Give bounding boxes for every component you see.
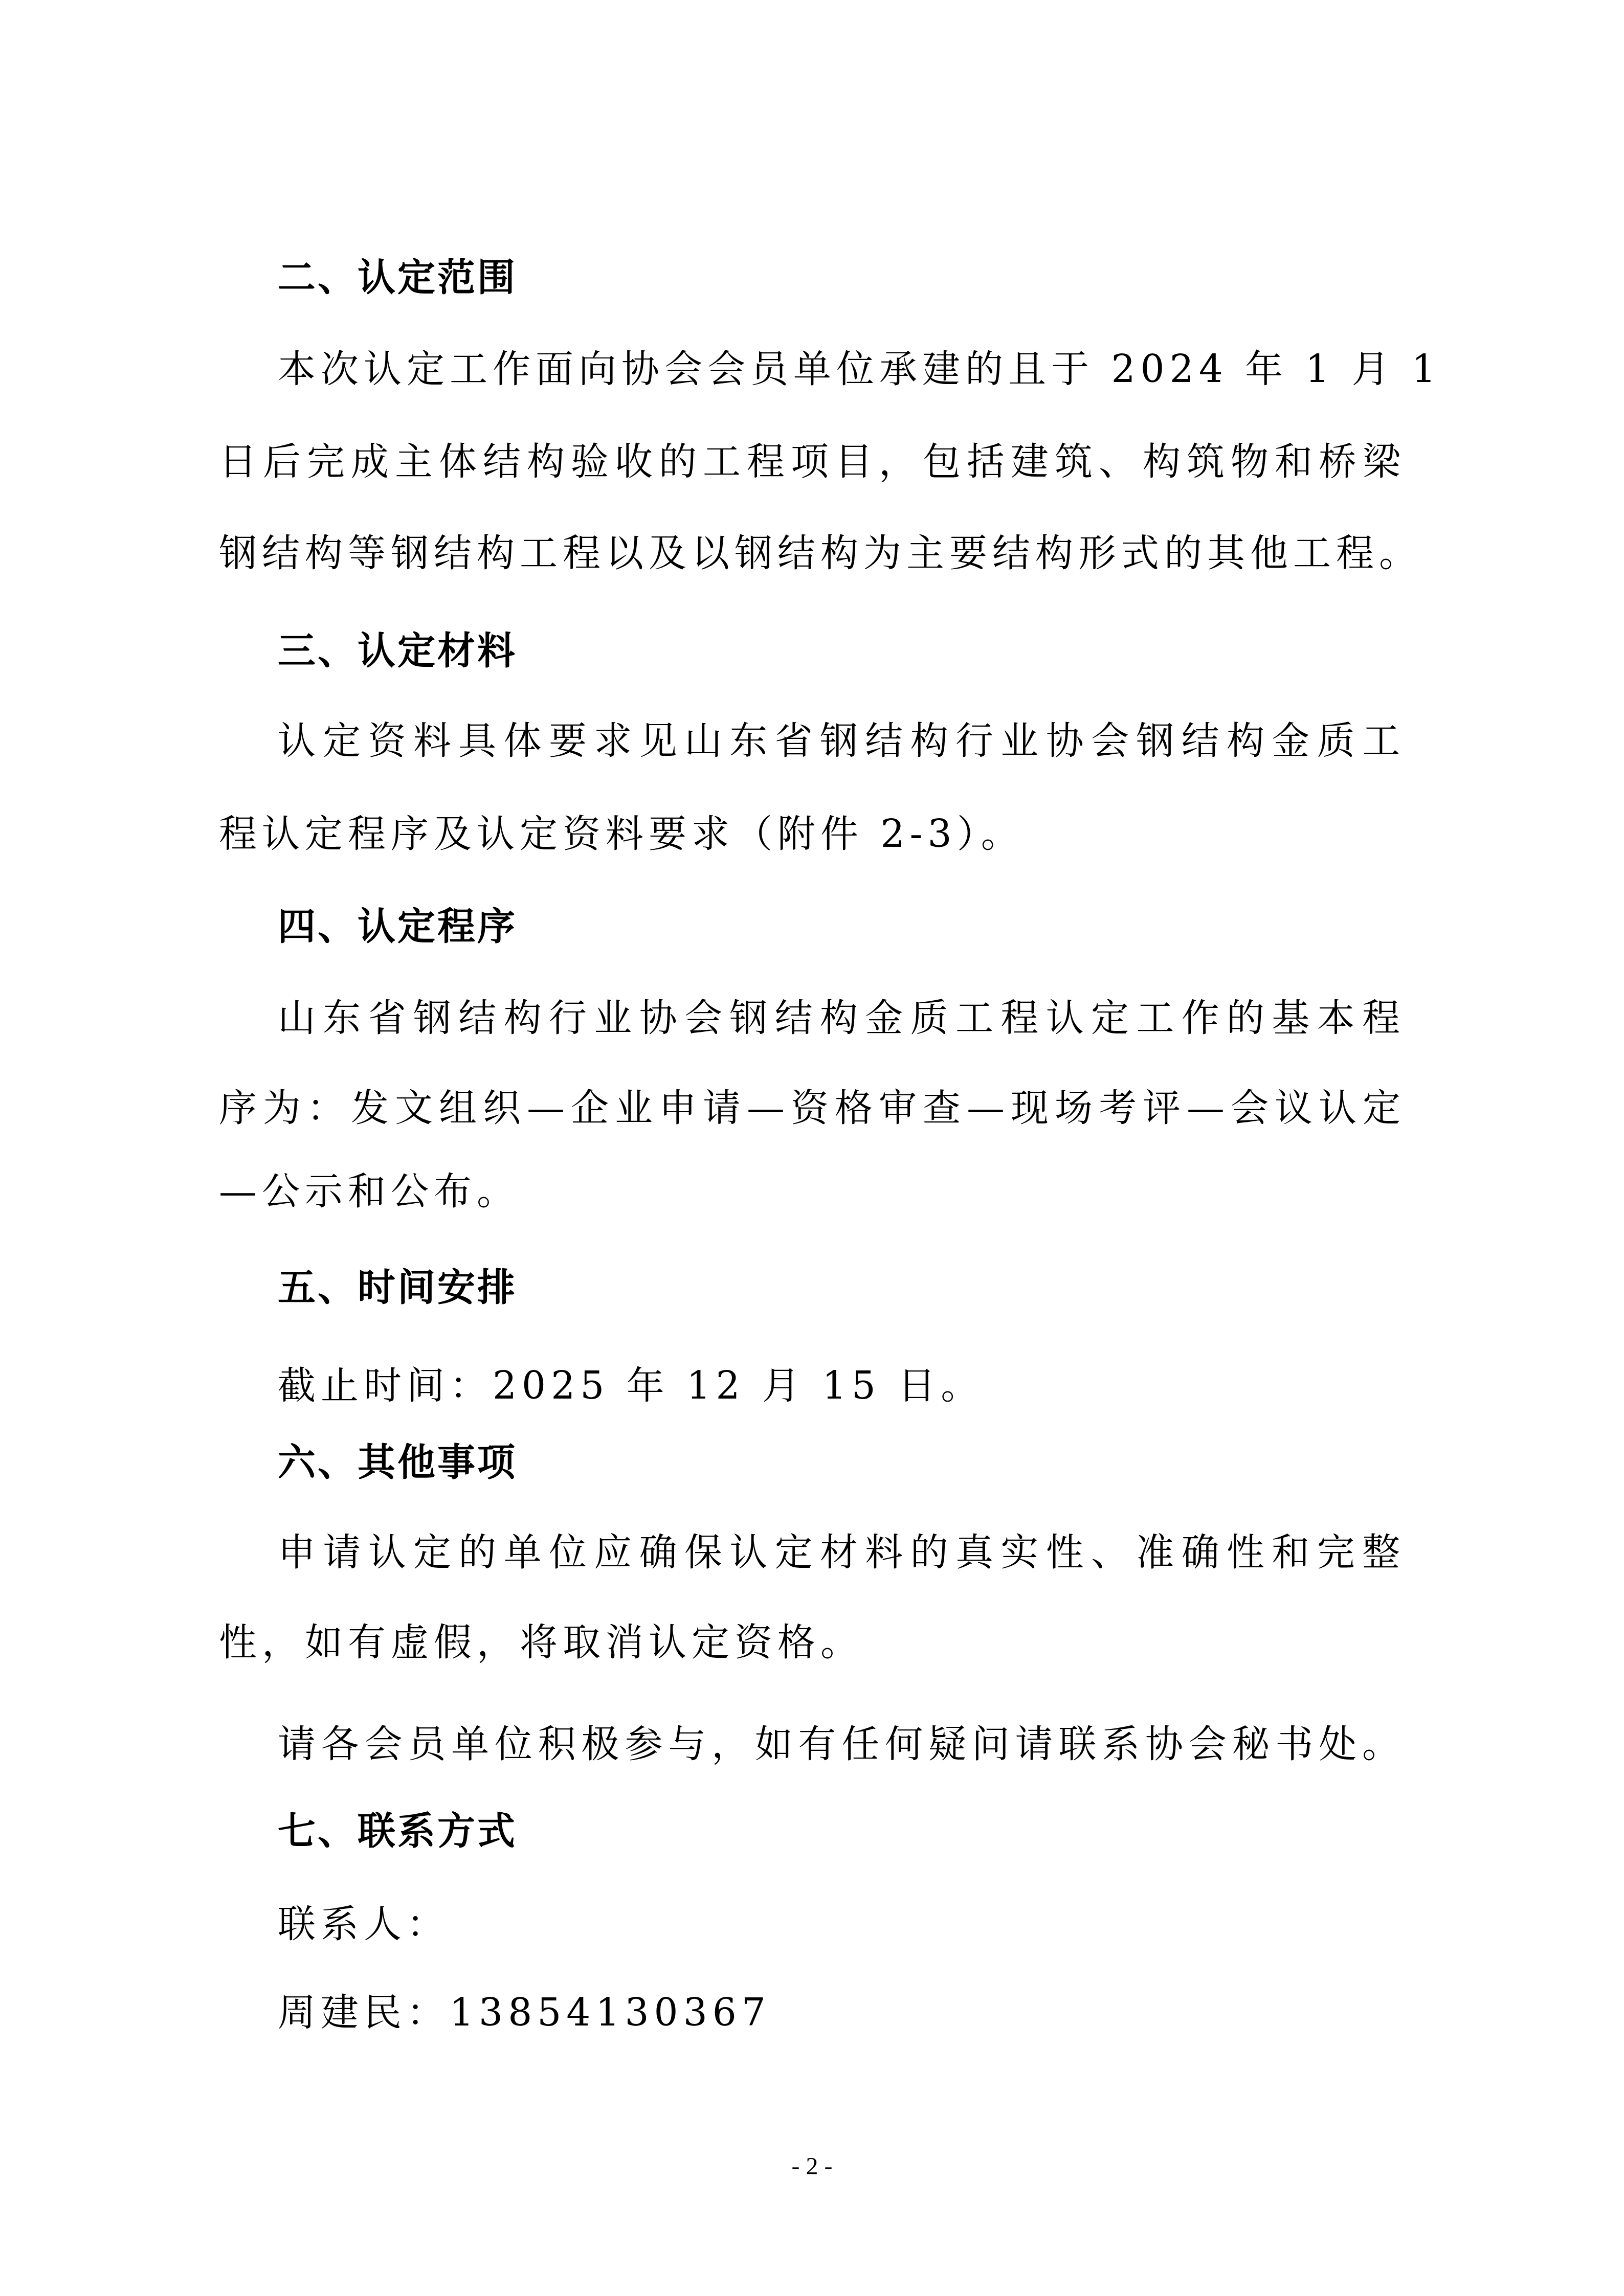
section-heading-other-matters: 六、其他事项 xyxy=(278,1437,517,1488)
deadline-line: 截止时间：2025 年 12 月 15 日。 xyxy=(278,1360,984,1411)
paragraph-line: 山东省钢结构行业协会钢结构金质工程认定工作的基本程 xyxy=(278,993,1405,1044)
paragraph-line: —公示和公布。 xyxy=(219,1166,520,1217)
section-heading-contact: 七、联系方式 xyxy=(278,1806,517,1857)
contact-person-phone: 周建民：13854130367 xyxy=(278,1987,771,2038)
document-page: 二、认定范围 本次认定工作面向协会会员单位承建的且于 2024 年 1 月 1 … xyxy=(0,0,1624,2296)
page-number: - 2 - xyxy=(0,2151,1624,2182)
section-heading-materials: 三、认定材料 xyxy=(278,625,517,677)
paragraph-line: 性，如有虚假，将取消认定资格。 xyxy=(219,1617,863,1668)
paragraph-line: 本次认定工作面向协会会员单位承建的且于 2024 年 1 月 1 xyxy=(278,344,1405,395)
section-heading-scope: 二、认定范围 xyxy=(278,252,517,303)
paragraph-line: 序为：发文组织—企业申请—资格审查—现场考评—会议认定 xyxy=(219,1083,1406,1134)
paragraph-line: 请各会员单位积极参与，如有任何疑问请联系协会秘书处。 xyxy=(278,1719,1405,1770)
paragraph-line: 钢结构等钢结构工程以及以钢结构为主要结构形式的其他工程。 xyxy=(219,528,1406,579)
paragraph-line: 认定资料具体要求见山东省钢结构行业协会钢结构金质工 xyxy=(278,715,1405,767)
section-heading-schedule: 五、时间安排 xyxy=(278,1262,517,1313)
paragraph-line: 日后完成主体结构验收的工程项目，包括建筑、构筑物和桥梁 xyxy=(219,436,1406,487)
paragraph-line: 申请认定的单位应确保认定材料的真实性、准确性和完整 xyxy=(278,1527,1405,1578)
contact-label: 联系人： xyxy=(278,1899,450,1950)
section-heading-procedure: 四、认定程序 xyxy=(278,901,517,952)
paragraph-line: 程认定程序及认定资料要求（附件 2-3）。 xyxy=(219,808,1024,860)
